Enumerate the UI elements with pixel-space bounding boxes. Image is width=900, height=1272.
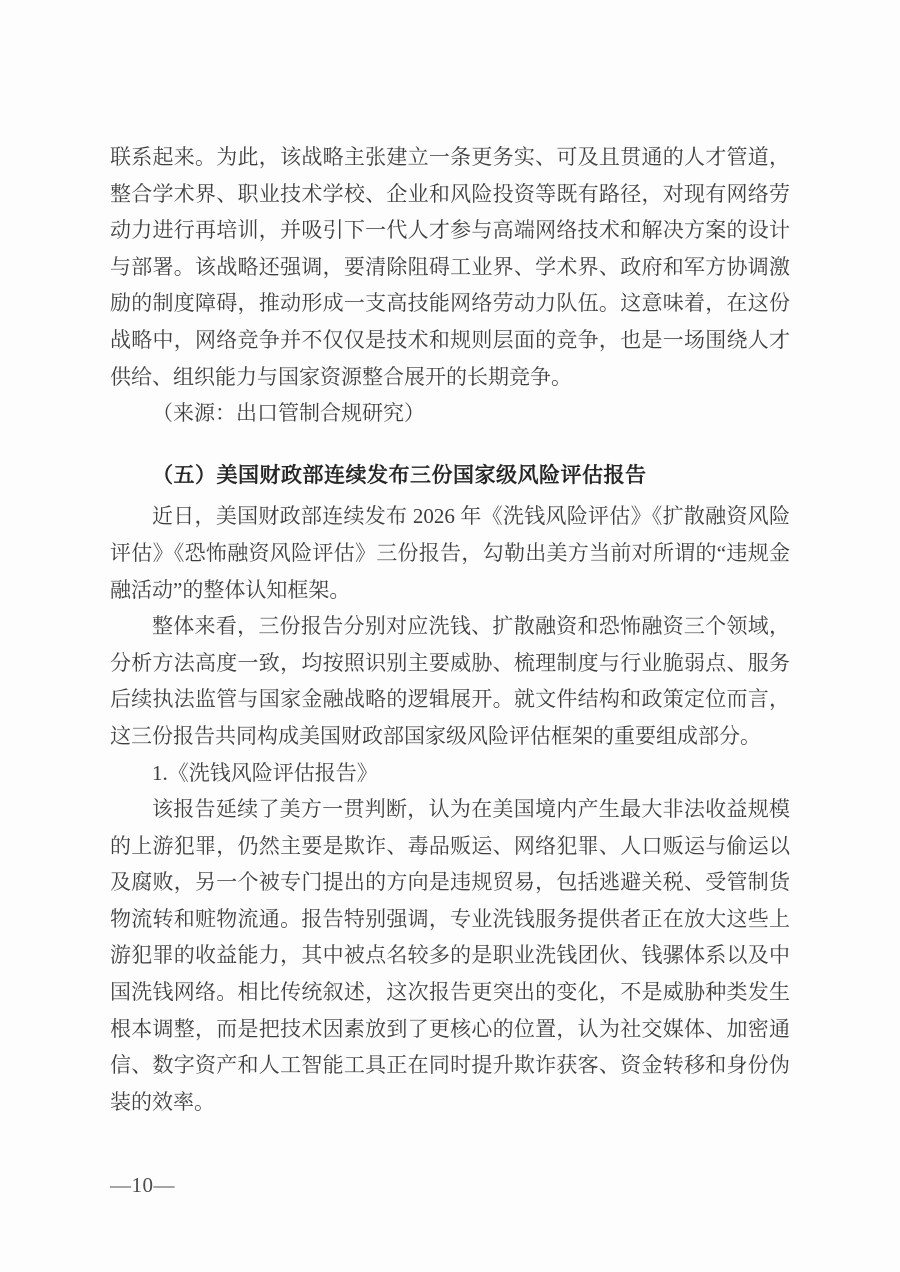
section-overview-paragraph: 整体来看，三份报告分别对应洗钱、扩散融资和恐怖融资三个领域，分析方法高度一致，均… bbox=[110, 608, 790, 754]
page-content: 联系起来。为此，该战略主张建立一条更务实、可及且贯通的人才管道，整合学术界、职业… bbox=[110, 0, 790, 1120]
source-line: （来源：出口管制合规研究） bbox=[110, 395, 790, 432]
document-page: 联系起来。为此，该战略主张建立一条更务实、可及且贯通的人才管道，整合学术界、职业… bbox=[0, 0, 900, 1272]
page-number: —10— bbox=[110, 1172, 175, 1198]
report-detail-paragraph: 该报告延续了美方一贯判断，认为在美国境内产生最大非法收益规模的上游犯罪，仍然主要… bbox=[110, 791, 790, 1120]
subsection-heading: 1.《洗钱风险评估报告》 bbox=[110, 755, 790, 792]
paragraph-continuation: 联系起来。为此，该战略主张建立一条更务实、可及且贯通的人才管道，整合学术界、职业… bbox=[110, 139, 790, 395]
section-heading: （五）美国财政部连续发布三份国家级风险评估报告 bbox=[110, 457, 790, 494]
section-intro-paragraph: 近日，美国财政部连续发布 2026 年《洗钱风险评估》《扩散融资风险评估》《恐怖… bbox=[110, 498, 790, 608]
